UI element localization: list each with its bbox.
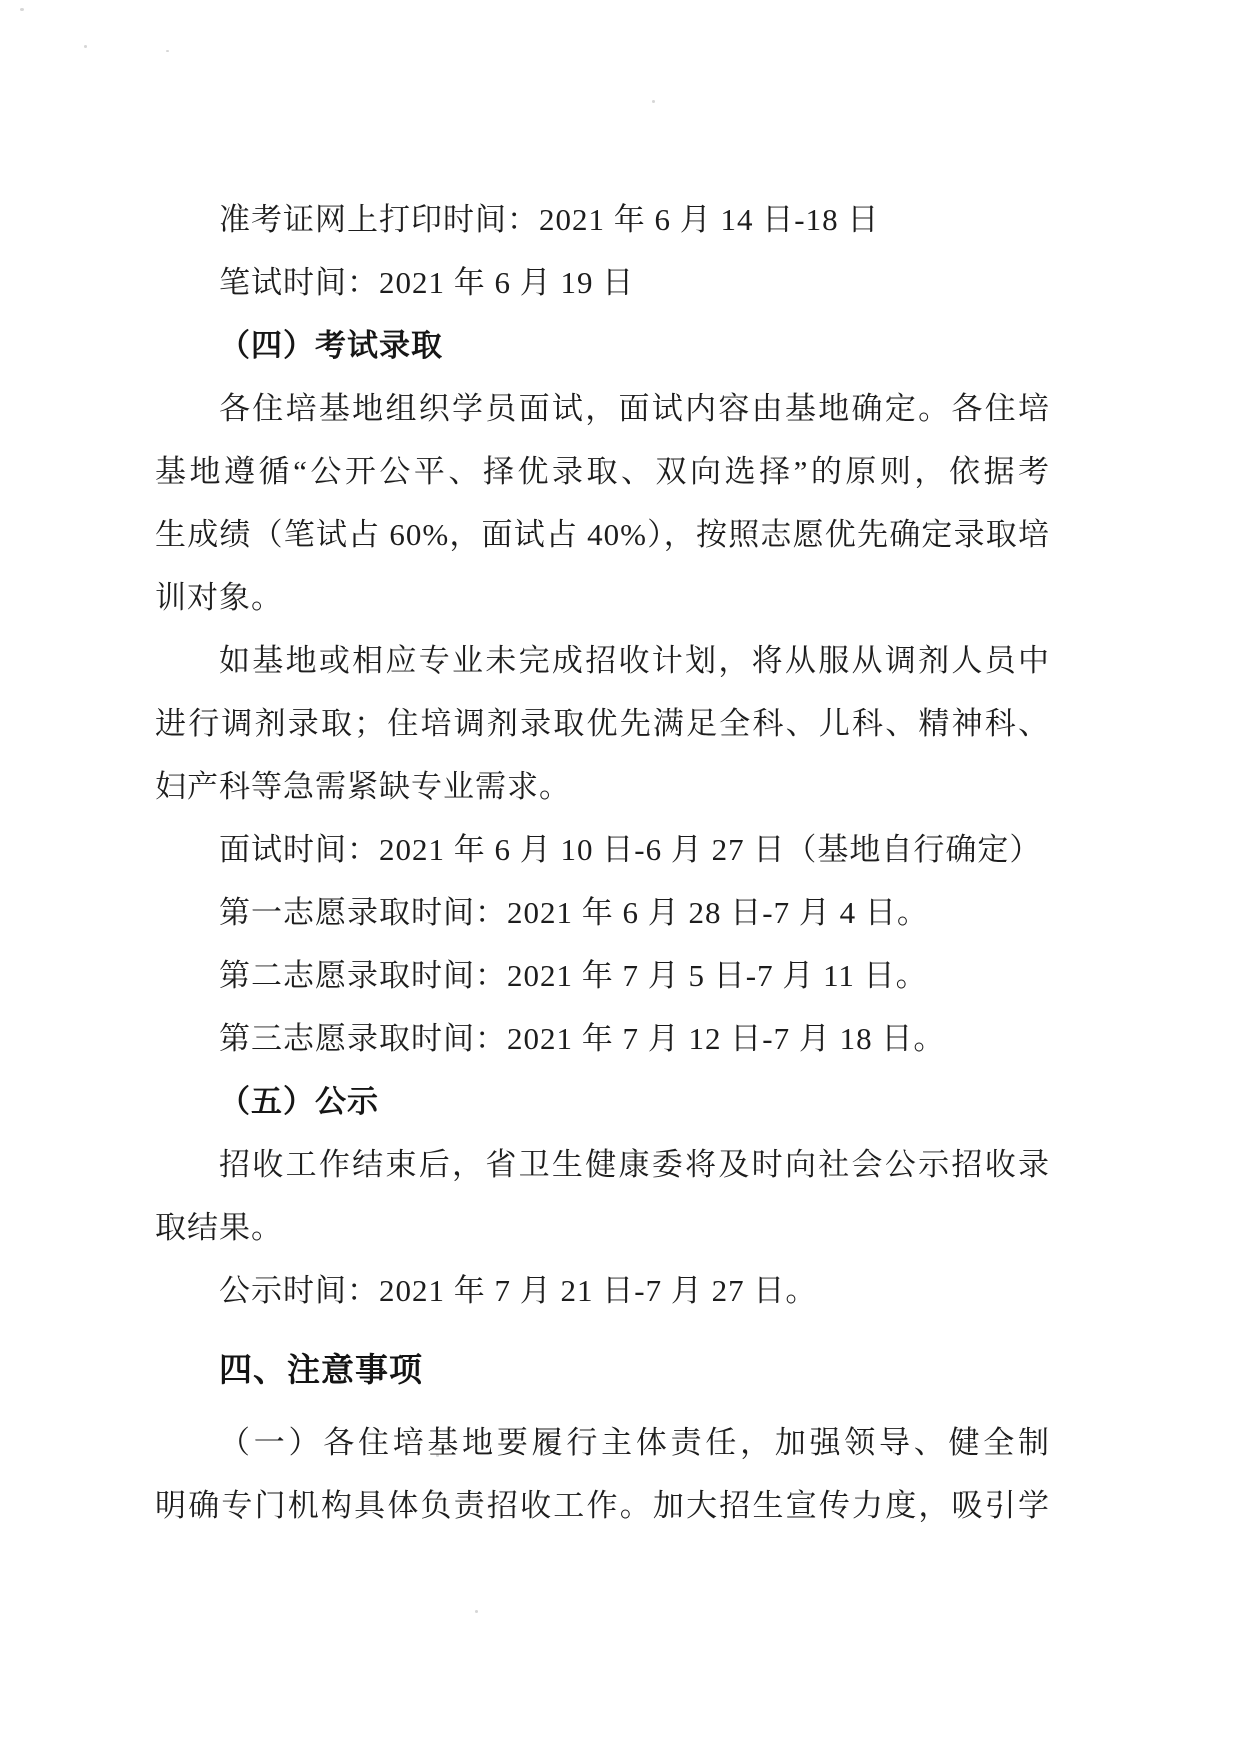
- text-line: 基地遵循“公开公平、择优录取、双向选择”的原则，依据考: [155, 440, 1050, 503]
- section-heading-notes: 四、注意事项: [155, 1338, 1050, 1401]
- text-line: 明确专门机构具体负责招收工作。加大招生宣传力度，吸引学: [155, 1474, 1050, 1537]
- scan-speck: [84, 45, 87, 48]
- scanned-document-page: 准考证网上打印时间：2021 年 6 月 14 日-18 日 笔试时间：2021…: [0, 0, 1240, 1753]
- scan-speck: [20, 8, 24, 11]
- section-heading-exam-admission: （四）考试录取: [155, 314, 1050, 377]
- text-line: 生成绩（笔试占 60%，面试占 40%），按照志愿优先确定录取培: [155, 503, 1050, 566]
- text-line-written-exam-time: 笔试时间：2021 年 6 月 19 日: [155, 251, 1050, 314]
- text-line-third-choice-time: 第三志愿录取时间：2021 年 7 月 12 日-7 月 18 日。: [155, 1007, 1050, 1070]
- text-line-ticket-print-time: 准考证网上打印时间：2021 年 6 月 14 日-18 日: [155, 188, 1050, 251]
- scan-speck: [652, 100, 655, 103]
- text-line: 进行调剂录取；住培调剂录取优先满足全科、儿科、精神科、: [155, 692, 1050, 755]
- section-heading-publicity: （五）公示: [155, 1070, 1050, 1133]
- scan-speck: [166, 50, 169, 52]
- text-line: 训对象。: [155, 566, 1050, 629]
- text-line: 招收工作结束后，省卫生健康委将及时向社会公示招收录: [155, 1133, 1050, 1196]
- document-body: 准考证网上打印时间：2021 年 6 月 14 日-18 日 笔试时间：2021…: [155, 188, 1050, 1537]
- text-line: 各住培基地组织学员面试，面试内容由基地确定。各住培: [155, 377, 1050, 440]
- text-line-second-choice-time: 第二志愿录取时间：2021 年 7 月 5 日-7 月 11 日。: [155, 944, 1050, 1007]
- text-line: 取结果。: [155, 1196, 1050, 1259]
- text-line-first-choice-time: 第一志愿录取时间：2021 年 6 月 28 日-7 月 4 日。: [155, 881, 1050, 944]
- text-line: 如基地或相应专业未完成招收计划，将从服从调剂人员中: [155, 629, 1050, 692]
- text-line: 妇产科等急需紧缺专业需求。: [155, 755, 1050, 818]
- scan-speck: [475, 1610, 478, 1613]
- text-line-interview-time: 面试时间：2021 年 6 月 10 日-6 月 27 日（基地自行确定）: [155, 818, 1050, 881]
- text-line-publicity-time: 公示时间：2021 年 7 月 21 日-7 月 27 日。: [155, 1259, 1050, 1322]
- text-line: （一）各住培基地要履行主体责任，加强领导、健全制度，: [155, 1411, 1050, 1474]
